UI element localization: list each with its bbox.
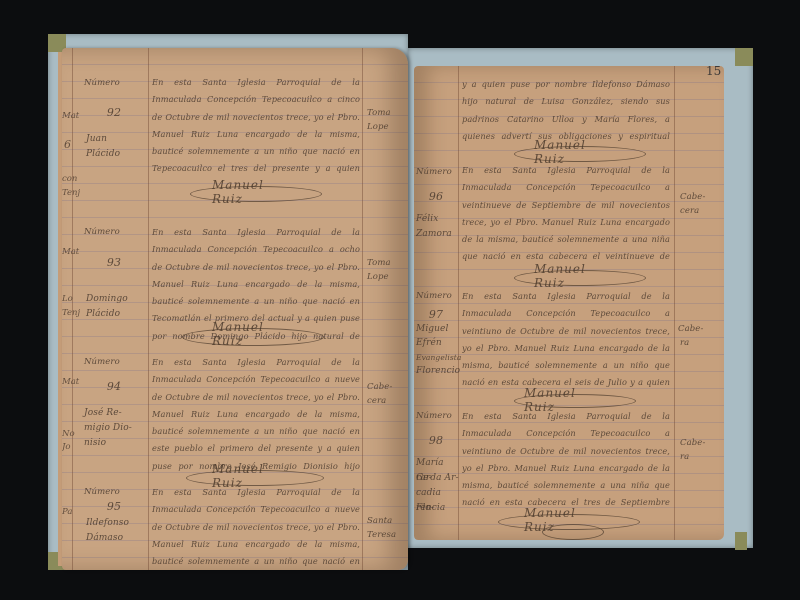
signature-flourish xyxy=(542,524,604,540)
entry-label: Número xyxy=(84,224,146,241)
signature-flourish xyxy=(190,186,322,202)
signature-flourish xyxy=(514,270,646,286)
entry-text: En esta Santa Iglesia Parroquial de la I… xyxy=(462,408,670,512)
entry-label: Número xyxy=(416,408,458,425)
entry-label: Número xyxy=(84,75,146,92)
signature-flourish xyxy=(514,394,636,408)
label-column-rule xyxy=(148,48,149,570)
margin-note: Mat xyxy=(62,110,79,123)
entry-name-line: Florencio xyxy=(416,364,460,379)
entry-number: 97 xyxy=(416,306,456,323)
godparent-note: Toma xyxy=(367,106,407,120)
entry-number: 93 xyxy=(84,254,144,271)
margin-note: Mat xyxy=(62,246,79,259)
cover-corner-protector xyxy=(735,48,753,66)
entry-text: En esta Santa Iglesia Parroquial de la I… xyxy=(152,484,360,570)
godparent-note: Santa xyxy=(367,514,407,528)
entry-name-line: Evangelista xyxy=(416,350,460,365)
note-column-rule xyxy=(674,66,675,540)
margin-note: Jo xyxy=(62,441,71,454)
godparent-note: Lope xyxy=(367,120,407,134)
godparent-note: Toma xyxy=(367,256,407,270)
entry-number: 95 xyxy=(84,498,144,515)
entry-name-line: nisio xyxy=(84,436,148,451)
godparent-note: ra xyxy=(680,450,720,464)
entry-text: En esta Santa Iglesia Parroquial de la I… xyxy=(462,162,670,266)
godparent-note: Cabe- xyxy=(367,380,407,394)
entry-text: y a quien puse por nombre Ildefonso Dáma… xyxy=(462,76,670,146)
godparent-note: ra xyxy=(680,336,720,350)
entry-name-line: Miguel xyxy=(416,322,460,337)
entry-name-line: Plácido xyxy=(86,147,146,162)
margin-note: Pa xyxy=(62,506,72,519)
margin-note: Tenj xyxy=(62,307,80,320)
margin-note: Tenj xyxy=(62,187,80,200)
godparent-note: Cabe- xyxy=(680,190,720,204)
godparent-note: cera xyxy=(680,204,720,218)
margin-note: 6 xyxy=(64,138,71,151)
entry-label: Número xyxy=(416,164,458,181)
signature-flourish xyxy=(182,328,324,346)
godparent-note: Teresa xyxy=(367,528,407,542)
entry-text: En esta Santa Iglesia Parroquial de la I… xyxy=(152,74,360,178)
entry-name-line: rencia xyxy=(416,501,460,516)
margin-note: Lo xyxy=(62,293,73,306)
ledger-page-left: Mat 6 con Tenj Mat Lo Tenj Mat No Jo Pa … xyxy=(62,48,408,570)
entry-number: 94 xyxy=(84,378,144,395)
entry-number: 98 xyxy=(416,432,456,449)
cover-corner-protector xyxy=(735,532,747,550)
margin-note: con xyxy=(62,173,77,186)
margin-note: Mat xyxy=(62,376,79,389)
entry-name-line: rarda Ar- xyxy=(416,471,460,486)
entry-name-line: Félix xyxy=(416,212,458,227)
entry-text: En esta Santa Iglesia Parroquial de la I… xyxy=(152,354,360,476)
entry-label: Número xyxy=(84,354,146,371)
entry-name-line: Efrén xyxy=(416,336,460,351)
godparent-note: cera xyxy=(367,394,407,408)
signature-flourish xyxy=(514,146,646,162)
entry-name-line: Zamora xyxy=(416,227,458,242)
godparent-note: Lope xyxy=(367,270,407,284)
entry-name-line: Dámaso xyxy=(86,531,150,546)
ledger-page-right: 15 y a quien puse por nombre Ildefonso D… xyxy=(414,66,724,540)
margin-note: No xyxy=(62,428,75,441)
entry-name-line: Plácido xyxy=(86,307,146,322)
godparent-note: Cabe- xyxy=(678,322,718,336)
entry-name-line: migio Dio- xyxy=(84,421,148,436)
entry-number: 96 xyxy=(416,188,456,205)
entry-name-line: Domingo xyxy=(86,292,146,307)
entry-name-line: Juan xyxy=(86,132,146,147)
godparent-note: Cabe- xyxy=(680,436,720,450)
entry-name-line: José Re- xyxy=(84,406,148,421)
entry-number: 92 xyxy=(84,104,144,121)
note-column-rule xyxy=(362,48,363,570)
entry-text: En esta Santa Iglesia Parroquial de la I… xyxy=(462,288,670,392)
entry-label: Número xyxy=(416,288,458,305)
page-number: 15 xyxy=(706,66,721,78)
entry-name-line: Ildefonso xyxy=(86,516,150,531)
